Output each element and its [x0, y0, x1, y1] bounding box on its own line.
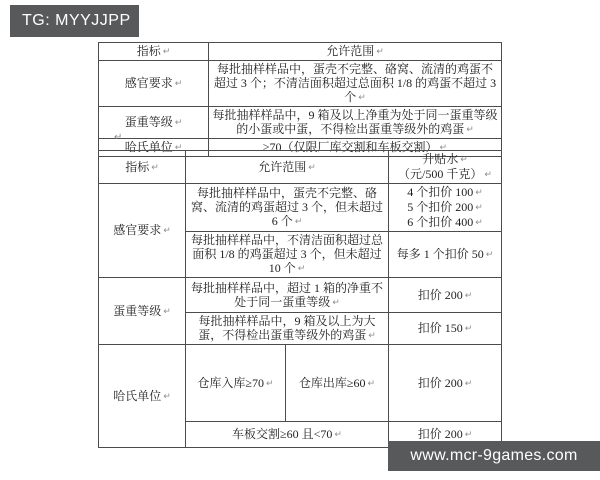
telegram-contact-badge: TG: MYYJJPP — [10, 5, 139, 37]
return-mark: ↵ — [163, 226, 171, 236]
return-mark: ↵ — [475, 218, 483, 228]
t2-weight-range-2: 每批抽样样品中，9 箱及以上为大蛋，不得检出蛋重等级外的鸡蛋↵ — [186, 313, 389, 345]
return-mark: ↵ — [295, 217, 303, 227]
return-mark: ↵ — [475, 203, 483, 213]
return-mark: ↵ — [163, 307, 171, 317]
t2-sensory-premium-2: 每多 1 个扣价 50↵ — [389, 232, 502, 278]
t1-weight-value-text: 每批抽样样品中，9 箱及以上净重为处于同一蛋重等级的小蛋或中蛋，不得检出蛋重等级… — [212, 108, 497, 136]
t2-haugh-label: 哈氏单位↵ — [99, 345, 186, 448]
spec-table-premium: 指标↵ 允许范围↵ 升贴水↵ （元/500 千克）↵ 感官要求↵ 每批抽样样品中… — [98, 150, 502, 448]
t2-sensory-label-text: 感官要求 — [113, 223, 161, 237]
return-mark: ↵ — [151, 163, 159, 173]
t1-sensory-label: 感官要求↵ — [99, 61, 209, 107]
t2-header-indicator-text: 指标 — [125, 160, 149, 174]
return-mark: ↵ — [475, 188, 483, 198]
t2-header-indicator: 指标↵ — [99, 151, 186, 184]
return-mark: ↵ — [175, 79, 183, 89]
t2-haugh-range-outbound: 仓库出库≥60↵ — [286, 345, 389, 422]
t2-header-row: 指标↵ 允许范围↵ 升贴水↵ （元/500 千克）↵ — [99, 151, 502, 184]
return-mark: ↵ — [332, 298, 340, 308]
t1-row-weight-grade: 蛋重等级↵ 每批抽样样品中，9 箱及以上净重为处于同一蛋重等级的小蛋或中蛋，不得… — [99, 107, 502, 139]
t2-row-haugh-1: 哈氏单位↵ 仓库入库≥70↵ 仓库出库≥60↵ 扣价 200↵ — [99, 345, 502, 422]
return-mark: ↵ — [368, 379, 376, 389]
return-mark: ↵ — [334, 430, 342, 440]
empty-paragraph-mark: ↵ — [114, 132, 122, 143]
t2-weight-premium-2: 扣价 150↵ — [389, 313, 502, 345]
t1-row-sensory: 感官要求↵ 每批抽样样品中，蛋壳不完整、硌窝、流清的鸡蛋不超过 3 个；不清洁面… — [99, 61, 502, 107]
return-mark: ↵ — [298, 264, 306, 274]
t1-sensory-value-text: 每批抽样样品中，蛋壳不完整、硌窝、流清的鸡蛋不超过 3 个；不清洁面积超过总面积… — [214, 62, 496, 104]
t2-haugh-range-2: 车板交割≥60 且<70↵ — [186, 422, 389, 448]
return-mark: ↵ — [358, 93, 366, 103]
t1-header-range-text: 允许范围 — [326, 44, 374, 58]
return-mark: ↵ — [465, 379, 473, 389]
t2-sensory-label: 感官要求↵ — [99, 184, 186, 278]
t1-header-indicator-text: 指标 — [137, 44, 161, 58]
t1-header-indicator: 指标↵ — [99, 43, 209, 61]
t2-sensory-range-1: 每批抽样样品中，蛋壳不完整、硌窝、流清的鸡蛋超过 3 个，但未超过 6 个↵ — [186, 184, 389, 232]
t1-weight-value: 每批抽样样品中，9 箱及以上净重为处于同一蛋重等级的小蛋或中蛋，不得检出蛋重等级… — [209, 107, 502, 139]
t2-row-sensory-1: 感官要求↵ 每批抽样样品中，蛋壳不完整、硌窝、流清的鸡蛋超过 3 个，但未超过 … — [99, 184, 502, 232]
t2-sensory-range-2: 每批抽样样品中，不清洁面积超过总面积 1/8 的鸡蛋超过 3 个，但未超过 10… — [186, 232, 389, 278]
return-mark: ↵ — [460, 155, 468, 165]
t2-header-range-text: 允许范围 — [258, 160, 306, 174]
t2-header-premium-line2: （元/500 千克）↵ — [392, 167, 498, 182]
return-mark: ↵ — [466, 125, 474, 135]
t1-sensory-label-text: 感官要求 — [125, 76, 173, 90]
t2-weight-range-1: 每批抽样样品中，超过 1 箱的净重不处于同一蛋重等级↵ — [186, 278, 389, 313]
return-mark: ↵ — [266, 379, 274, 389]
return-mark: ↵ — [376, 47, 384, 57]
return-mark: ↵ — [484, 170, 492, 180]
return-mark: ↵ — [175, 118, 183, 128]
t2-sensory-premium-1-line3: 6 个扣价 400↵ — [392, 215, 498, 230]
badge-text: TG: MYYJJPP — [22, 12, 131, 29]
t2-haugh-premium-1: 扣价 200↵ — [389, 345, 502, 422]
t2-header-premium-line1: 升贴水↵ — [392, 152, 498, 167]
return-mark: ↵ — [163, 47, 171, 57]
t2-header-range: 允许范围↵ — [186, 151, 389, 184]
return-mark: ↵ — [465, 291, 473, 301]
t2-haugh-label-text: 哈氏单位 — [113, 389, 161, 403]
t2-sensory-premium-1-line1: 4 个扣价 100↵ — [392, 185, 498, 200]
t2-row-weight-1: 蛋重等级↵ 每批抽样样品中，超过 1 箱的净重不处于同一蛋重等级↵ 扣价 200… — [99, 278, 502, 313]
t1-weight-label-text: 蛋重等级 — [125, 115, 173, 129]
t1-header-range: 允许范围↵ — [209, 43, 502, 61]
return-mark: ↵ — [368, 331, 376, 341]
spec-table-basic: 指标↵ 允许范围↵ 感官要求↵ 每批抽样样品中，蛋壳不完整、硌窝、流清的鸡蛋不超… — [98, 42, 502, 157]
t2-header-premium: 升贴水↵ （元/500 千克）↵ — [389, 151, 502, 184]
watermark-url-text: www.mcr-9games.com — [410, 447, 577, 464]
return-mark: ↵ — [465, 324, 473, 334]
return-mark: ↵ — [486, 250, 494, 260]
t2-sensory-premium-1: 4 个扣价 100↵ 5 个扣价 200↵ 6 个扣价 400↵ — [389, 184, 502, 232]
return-mark: ↵ — [163, 392, 171, 402]
t2-weight-label-text: 蛋重等级 — [113, 304, 161, 318]
t2-weight-premium-1: 扣价 200↵ — [389, 278, 502, 313]
return-mark: ↵ — [308, 163, 316, 173]
t1-header-row: 指标↵ 允许范围↵ — [99, 43, 502, 61]
watermark-bar: www.mcr-9games.com — [388, 441, 600, 471]
t2-weight-label: 蛋重等级↵ — [99, 278, 186, 345]
t1-sensory-value: 每批抽样样品中，蛋壳不完整、硌窝、流清的鸡蛋不超过 3 个；不清洁面积超过总面积… — [209, 61, 502, 107]
return-mark: ↵ — [465, 430, 473, 440]
t2-sensory-premium-1-line2: 5 个扣价 200↵ — [392, 200, 498, 215]
t2-haugh-range-inbound: 仓库入库≥70↵ — [186, 345, 286, 422]
